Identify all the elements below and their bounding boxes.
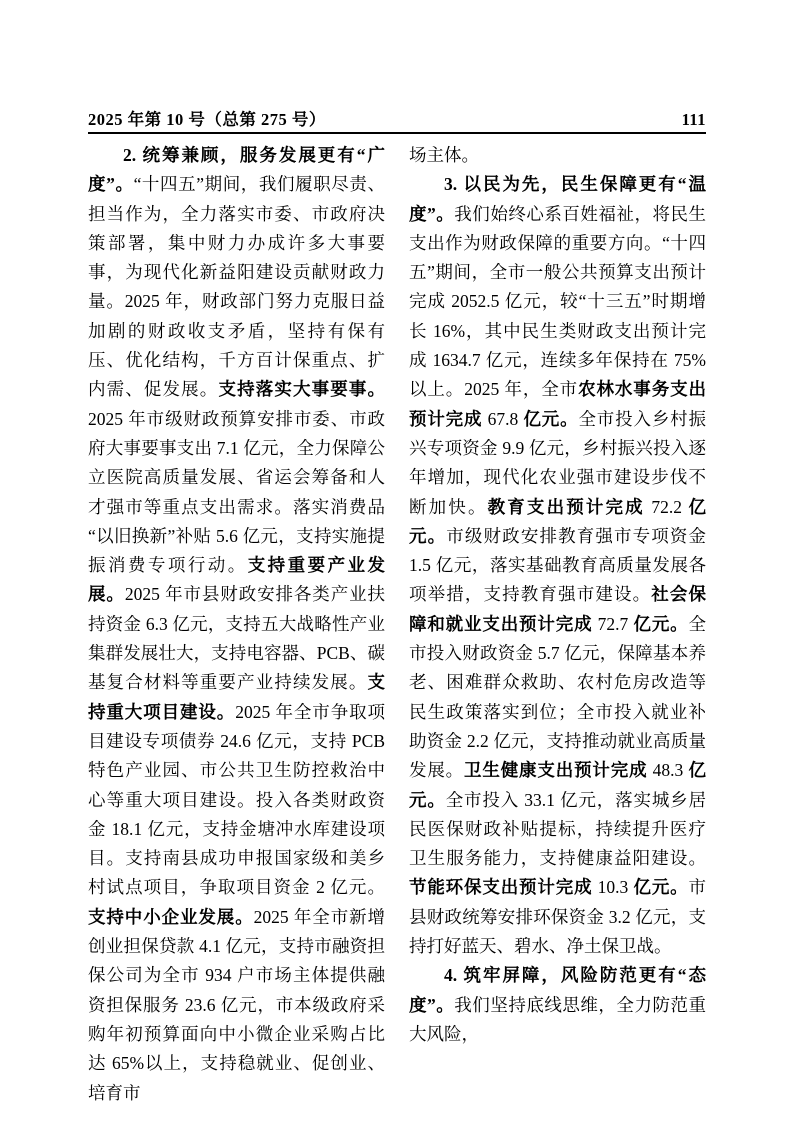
paragraph: 4. 筑牢屏障，风险防范更有“态度”。我们坚持底线思维，全力防范重大风险， — [409, 961, 706, 1049]
page-header: 2025 年第 10 号（总第 275 号） 111 — [88, 106, 706, 134]
header-rule — [88, 132, 706, 134]
text-segment: 2025 年全市新增创业担保贷款 4.1 亿元，支持市融资担保公司为全市 934… — [88, 907, 385, 1103]
text-segment: 2025 年市级财政预算安排市委、市政府大事要事支出 7.1 亿元，全力保障公立… — [88, 409, 385, 575]
text-segment: 72.2 — [645, 497, 689, 517]
text-segment: 2025 年市县财政安排各类产业扶持资金 6.3 亿元，支持五大战略性产业集群发… — [88, 584, 385, 692]
text-segment: 2025 年全市争取项目建设专项债券 24.6 亿元，支持 PCB 特色产业园、… — [88, 702, 385, 898]
bold-text-segment: 亿元。 — [633, 877, 688, 897]
text-segment: 全市投入 33.1 亿元，落实城乡居民医保财政补贴提标，持续提升医疗卫生服务能力… — [409, 790, 706, 869]
paragraph: 2. 统筹兼顾，服务发展更有“广度”。“十四五”期间，我们履职尽责、担当作为，全… — [88, 141, 385, 1108]
bold-text-segment: 亿元。 — [523, 409, 578, 429]
text-segment: 我们始终心系百姓福祉，将民生支出作为财政保障的重要方向。“十四五”期间，全市一般… — [409, 204, 706, 400]
bold-text-segment: 支持落实大事要事。 — [218, 379, 385, 399]
page-body: 2. 统筹兼顾，服务发展更有“广度”。“十四五”期间，我们履职尽责、担当作为，全… — [88, 141, 706, 1108]
text-segment: 48.3 — [647, 760, 688, 780]
paragraph: 场主体。 — [409, 141, 706, 170]
text-segment: 全市投入财政资金 5.7 亿元，保障基本养老、困难群众救助、农村危房改造等民生政… — [409, 614, 706, 780]
text-segment: 72.7 — [592, 614, 633, 634]
text-segment: “十四五”期间，我们履职尽责、担当作为，全力落实市委、市政府决策部署，集中财力办… — [88, 174, 385, 399]
bold-text-segment: 卫生健康支出预计完成 — [464, 760, 647, 780]
text-segment: 场主体。 — [409, 145, 479, 165]
bold-text-segment: 支持中小企业发展。 — [88, 907, 254, 927]
right-column: 场主体。3. 以民为先，民生保障更有“温度”。我们始终心系百姓福祉，将民生支出作… — [409, 141, 706, 1108]
bold-text-segment: 节能环保支出预计完成 — [409, 877, 592, 897]
text-segment: 我们坚持底线思维，全力防范重大风险， — [409, 995, 706, 1044]
left-column: 2. 统筹兼顾，服务发展更有“广度”。“十四五”期间，我们履职尽责、担当作为，全… — [88, 141, 385, 1108]
bold-text-segment: 教育支出预计完成 — [488, 497, 645, 517]
header-page-number: 111 — [682, 110, 706, 130]
header-issue-label: 2025 年第 10 号（总第 275 号） — [88, 106, 326, 130]
bold-text-segment: 亿元。 — [633, 614, 688, 634]
text-segment: 10.3 — [592, 877, 633, 897]
text-segment: 67.8 — [482, 409, 523, 429]
document-page: 2025 年第 10 号（总第 275 号） 111 2. 统筹兼顾，服务发展更… — [0, 0, 794, 1122]
paragraph: 3. 以民为先，民生保障更有“温度”。我们始终心系百姓福祉，将民生支出作为财政保… — [409, 170, 706, 961]
